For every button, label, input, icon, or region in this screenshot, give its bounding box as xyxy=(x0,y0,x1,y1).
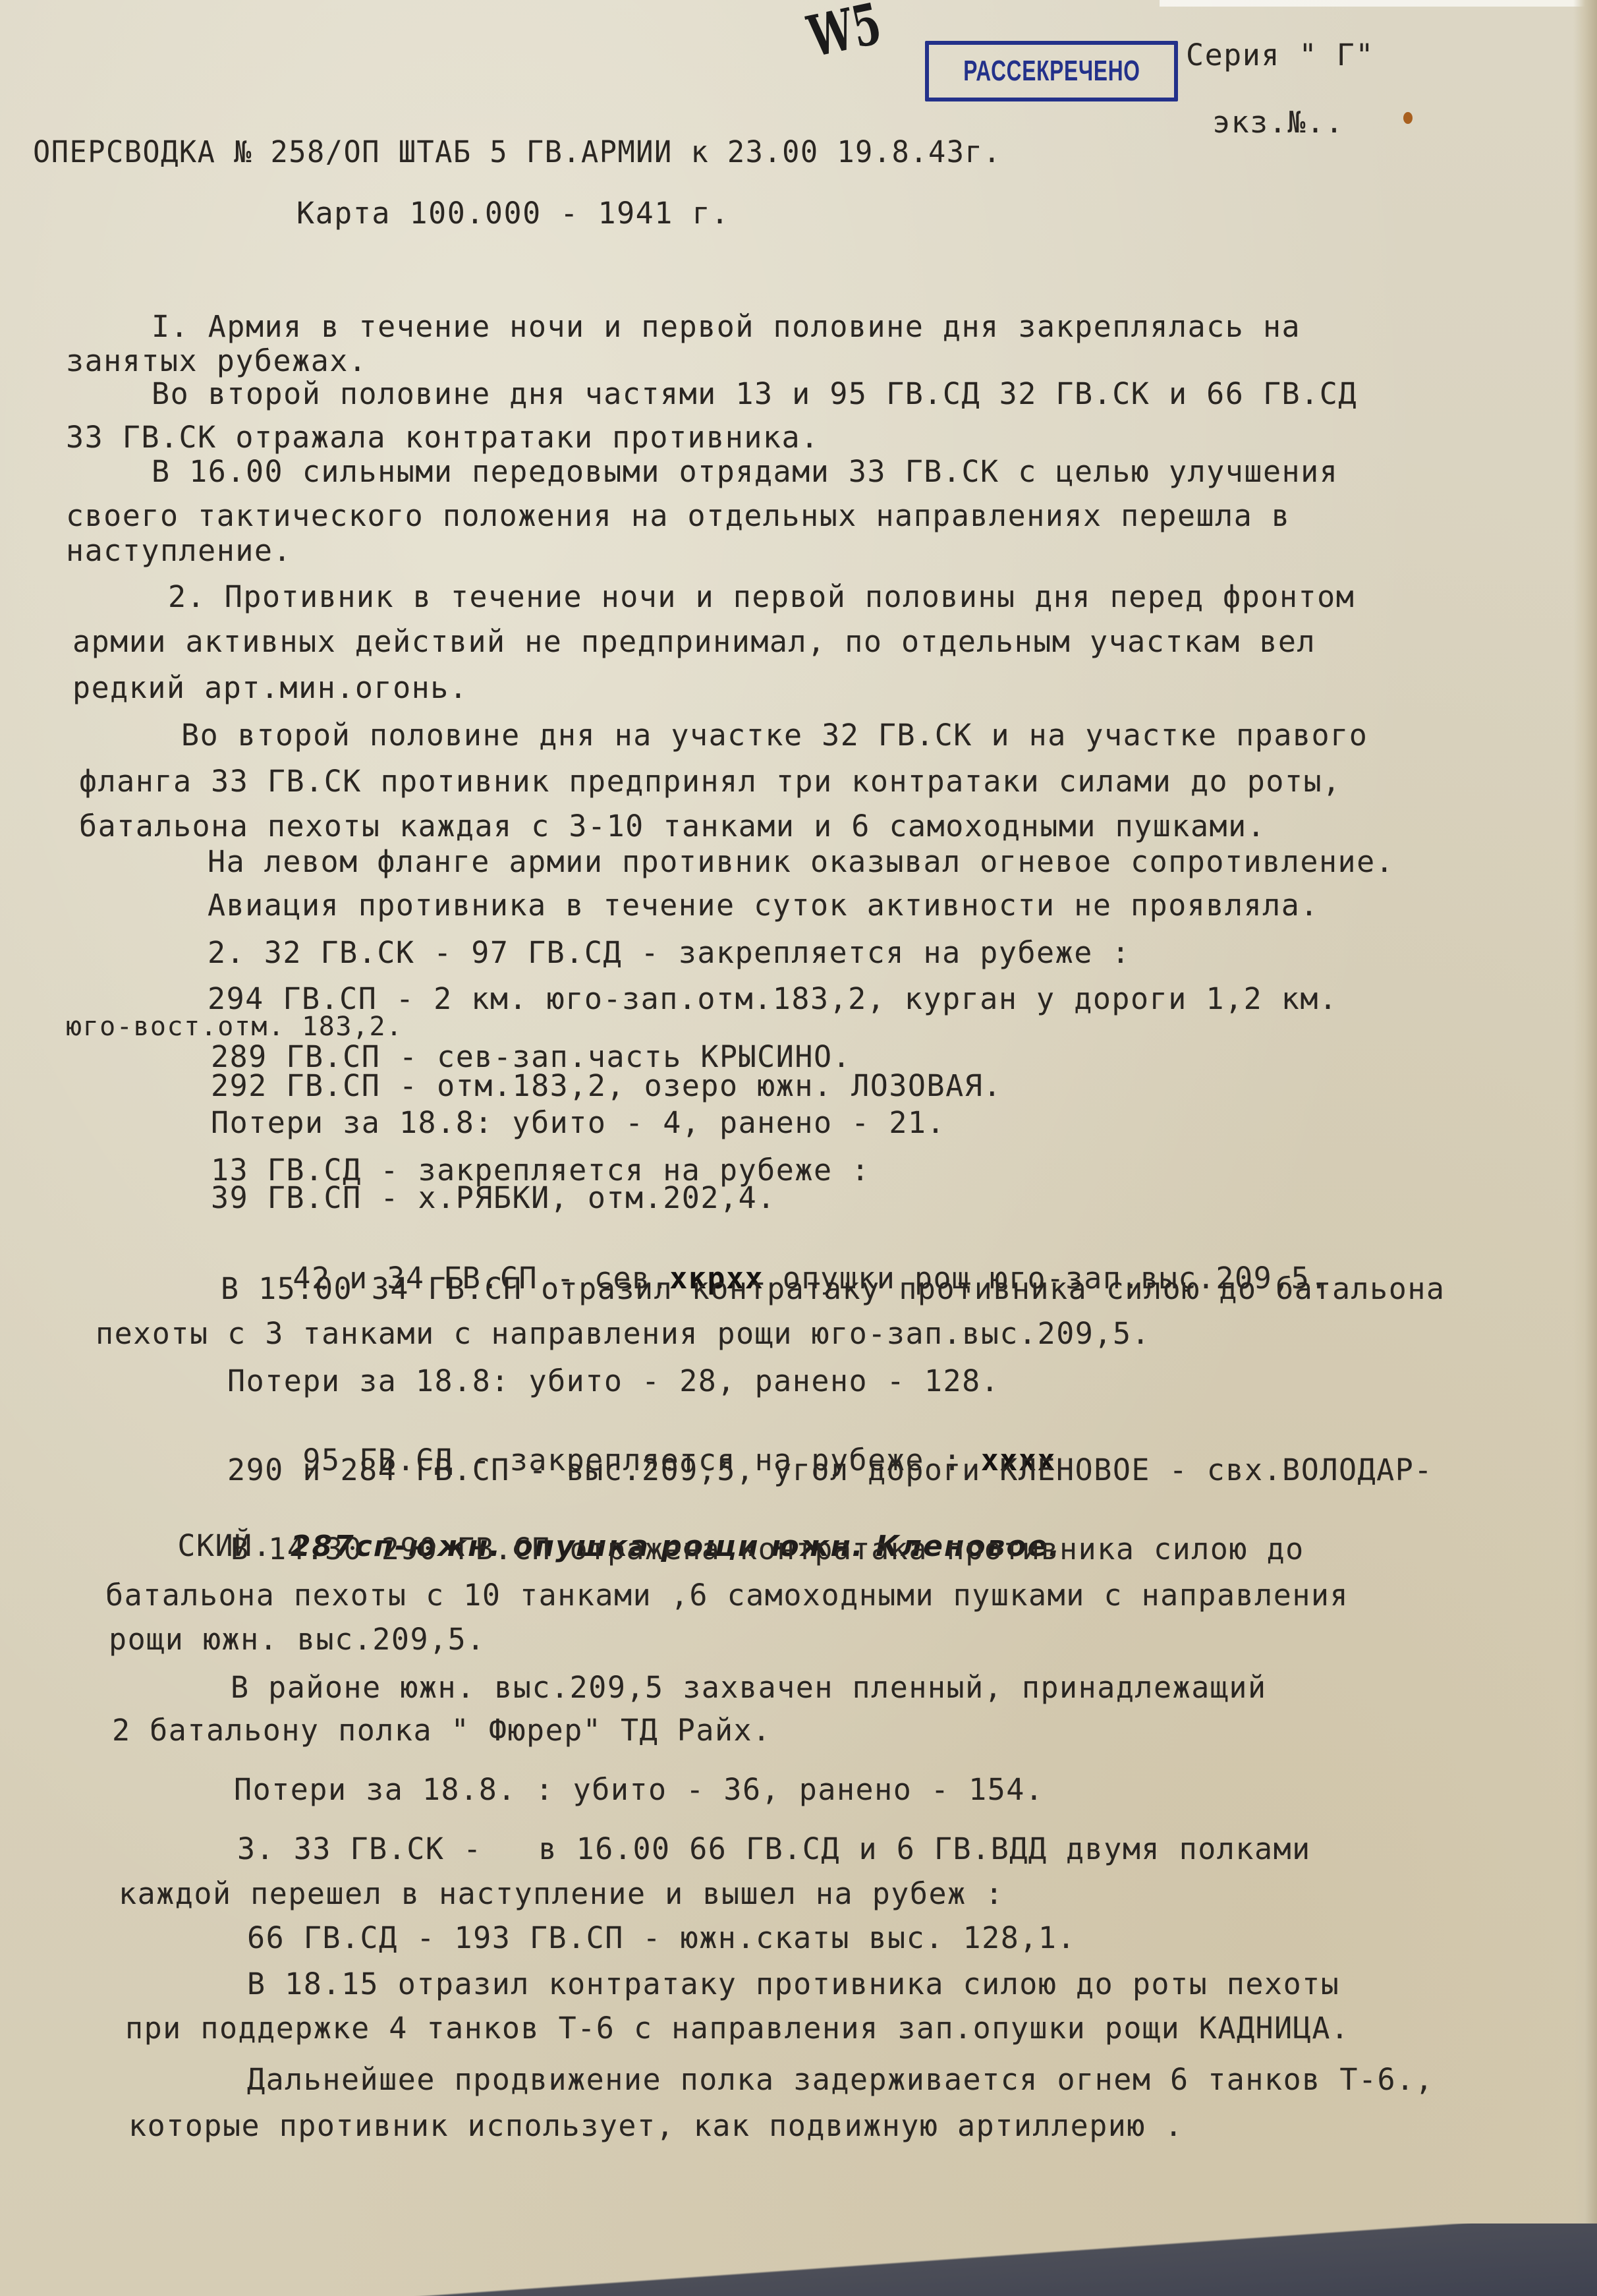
body-line: Потери за 18.8. : убито - 36, ранено - 1… xyxy=(234,1773,1044,1807)
body-line: рощи южн. выс.209,5. xyxy=(109,1622,486,1657)
body-line: батальона пехоты с 10 танками ,6 самоход… xyxy=(105,1578,1349,1613)
body-line: В районе южн. выс.209,5 захвачен пленный… xyxy=(231,1671,1267,1705)
body-line: В 14.30 290 ГВ.СП отражена контратака пр… xyxy=(231,1532,1304,1566)
body-line: Дальнейшее продвижение полка задерживает… xyxy=(247,2063,1434,2097)
body-line: батальона пехоты каждая с 3-10 танками и… xyxy=(79,809,1266,844)
body-line: Авиация противника в течение суток актив… xyxy=(208,888,1319,923)
body-line: В 15.00 34 ГВ.СП отразил контратаку прот… xyxy=(221,1272,1445,1306)
body-line: Во второй половине дня частями 13 и 95 Г… xyxy=(152,377,1357,411)
body-line: пехоты с 3 танками с направления рощи юг… xyxy=(96,1317,1150,1351)
body-line: На левом фланге армии противник оказывал… xyxy=(208,845,1394,879)
body-line: В 16.00 сильными передовыми отрядами 33 … xyxy=(152,455,1338,489)
body-line: 3. 33 ГВ.СК - в 16.00 66 ГВ.СД и 6 ГВ.ВД… xyxy=(237,1832,1311,1866)
body-line: при поддержке 4 танков Т-6 с направления… xyxy=(125,2011,1350,2046)
body-line: 290 и 284 ГВ.СП - выс.209,5, угол дороги… xyxy=(227,1453,1433,1487)
body-line: каждой перешел в наступление и вышел на … xyxy=(119,1877,1004,1911)
body-line: 2. 32 ГВ.СК - 97 ГВ.СД - закрепляется на… xyxy=(208,936,1131,970)
body-line: редкий арт.мин.огонь. xyxy=(72,671,468,705)
body-line: 39 ГВ.СП - х.РЯБКИ, отм.202,4. xyxy=(211,1181,776,1215)
body-line: 33 ГВ.СК отражала контратаки противника. xyxy=(66,420,820,455)
body-line: В 18.15 отразил контратаку противника си… xyxy=(247,1967,1339,2001)
document-title: ОПЕРСВОДКА № 258/ОП ШТАБ 5 ГВ.АРМИИ к 23… xyxy=(33,135,1001,169)
body-line: 2. Противник в течение ночи и первой пол… xyxy=(168,580,1355,614)
body-line: Во второй половине дня на участке 32 ГВ.… xyxy=(181,718,1368,753)
body-line: 292 ГВ.СП - отм.183,2, озеро южн. ЛОЗОВА… xyxy=(211,1069,1002,1103)
series-label: Серия " Г" xyxy=(1186,38,1374,72)
scan-background xyxy=(0,2224,1597,2296)
stain xyxy=(1403,112,1413,124)
body-line: наступление. xyxy=(66,534,292,568)
body-line: 66 ГВ.СД - 193 ГВ.СП - южн.скаты выс. 12… xyxy=(247,1921,1076,1955)
body-line: занятых рубежах. xyxy=(66,344,367,378)
body-line: своего тактического положения на отдельн… xyxy=(66,499,1291,533)
map-reference: Карта 100.000 - 1941 г. xyxy=(296,196,730,231)
body-line: которые противник использует, как подвиж… xyxy=(128,2109,1183,2143)
body-line: Потери за 18.8: убито - 4, ранено - 21. xyxy=(211,1106,945,1140)
declassified-stamp: РАССЕКРЕЧЕНО xyxy=(925,41,1178,101)
body-line: армии активных действий не предпринимал,… xyxy=(72,625,1316,659)
stamp-text: РАССЕКРЕЧЕНО xyxy=(963,55,1140,88)
copy-number-label: экз.№.. xyxy=(1212,105,1344,140)
body-line: Потери за 18.8: убито - 28, ранено - 128… xyxy=(227,1364,999,1398)
paper-right-edge xyxy=(1573,0,1597,2296)
body-line: I. Армия в течение ночи и первой половин… xyxy=(152,310,1301,344)
body-line: фланга 33 ГВ.СК противник предпринял три… xyxy=(79,764,1341,799)
body-line: 2 батальону полка " Фюрер" ТД Райх. xyxy=(112,1713,771,1748)
paper-top-edge xyxy=(1160,0,1597,7)
